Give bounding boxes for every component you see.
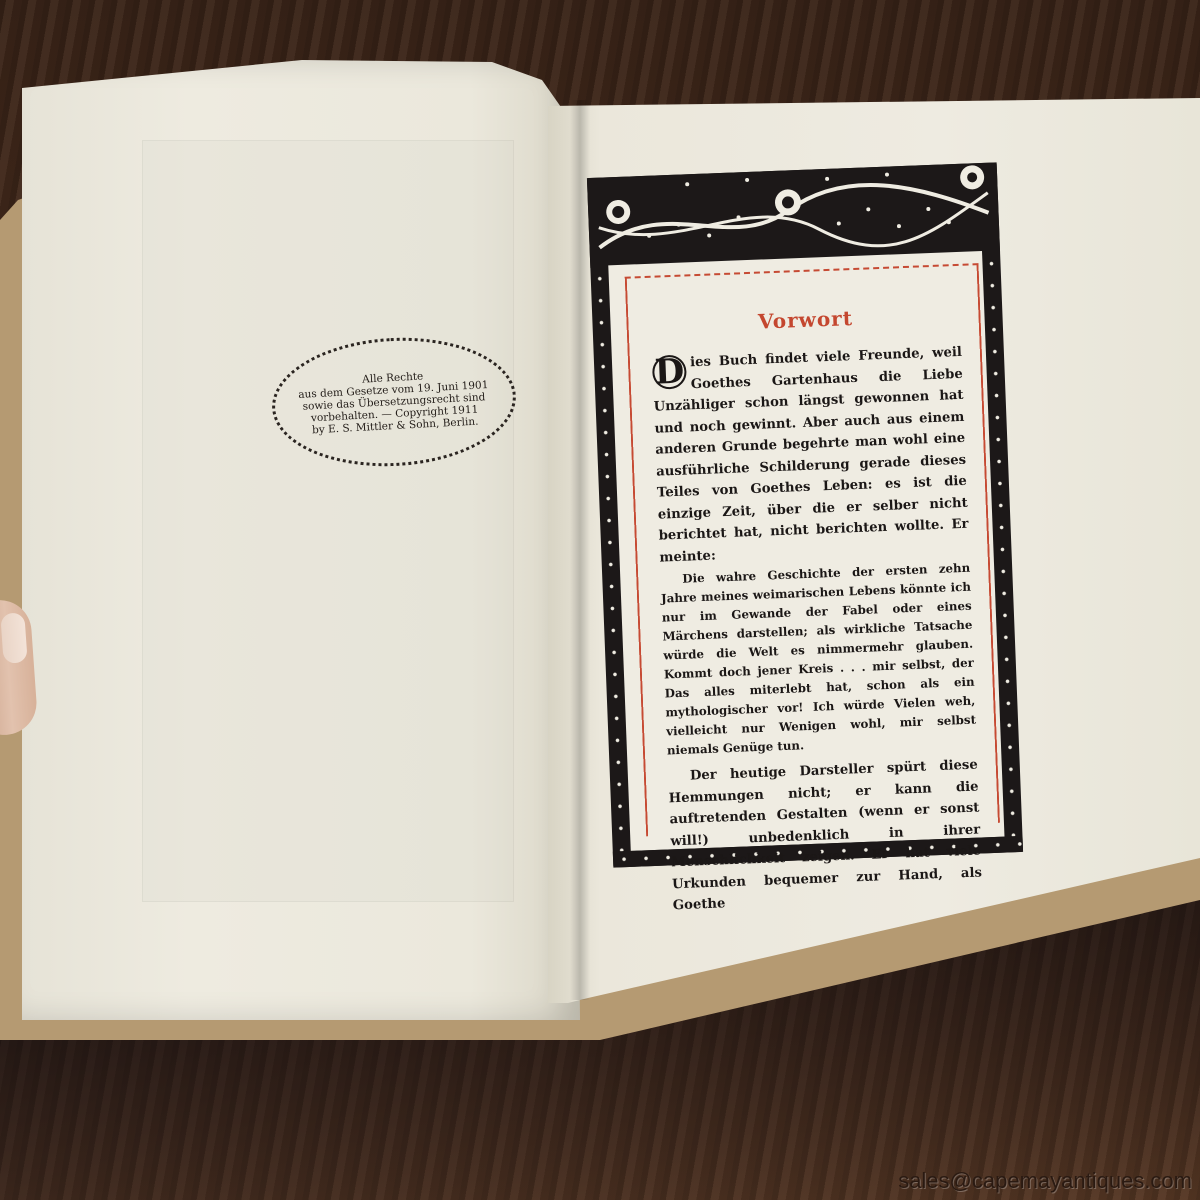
- foreword-paragraph: D ies Buch findet viele Freunde, weil Go…: [652, 342, 970, 569]
- goethe-quote: Die wahre Geschichte der ersten zehn Jah…: [660, 559, 977, 761]
- thumbnail-nail: [0, 612, 27, 664]
- watermark-email: sales@capemayantiques.com: [898, 1168, 1192, 1194]
- foreword-paragraph: Der heutige Darsteller spürt diese Hemmu…: [668, 755, 984, 917]
- photo-scene: Alle Rechte aus dem Gesetze vom 19. Juni…: [0, 0, 1200, 1200]
- ornamental-frame: Vorwort D ies Buch findet viele Freunde,…: [587, 162, 1023, 867]
- show-through-ghost: [142, 140, 514, 902]
- drop-cap: D: [652, 354, 687, 389]
- foreword-text: Vorwort D ies Buch findet viele Freunde,…: [650, 302, 983, 917]
- left-page: [22, 60, 582, 1020]
- book-gutter: [570, 100, 590, 1000]
